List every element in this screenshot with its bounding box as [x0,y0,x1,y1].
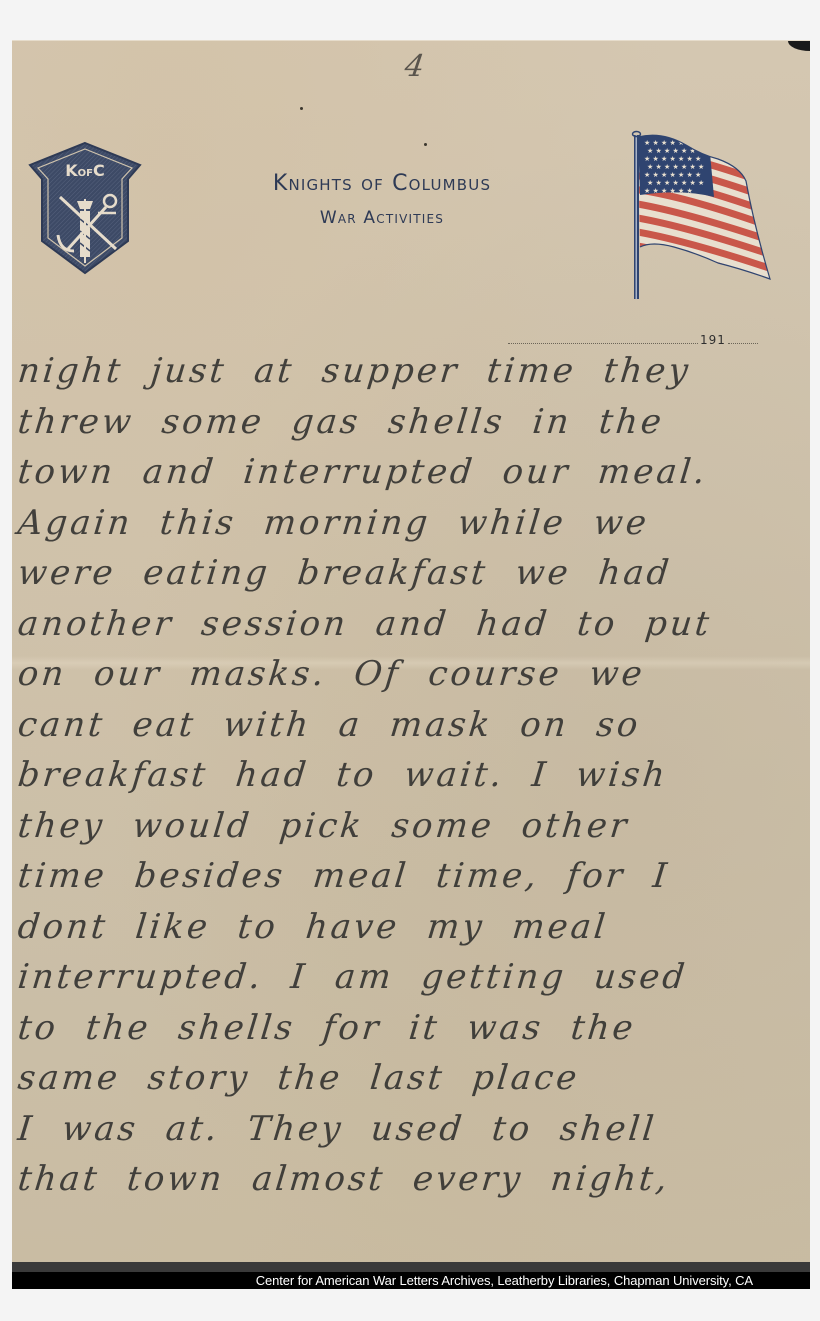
handwritten-line: cant eat with a mask on so [15,700,800,751]
handwritten-line: town and interrupted our meal. [15,447,800,498]
handwritten-line: on our masks. Of course we [15,649,800,700]
handwritten-line: interrupted. I am getting used [15,952,800,1003]
handwritten-line: another session and had to put [15,599,800,650]
handwritten-line: to the shells for it was the [15,1003,800,1054]
organization-subtitle: War Activities [182,208,582,228]
svg-text:★ ★ ★ ★ ★ ★ ★: ★ ★ ★ ★ ★ ★ ★ [647,179,704,187]
handwritten-line: night just at supper time they [15,346,800,397]
handwritten-line: breakfast had to wait. I wish [15,750,800,801]
date-blank [508,343,698,344]
handwritten-line: dont like to have my meal [15,902,800,953]
svg-text:★ ★ ★ ★ ★ ★: ★ ★ ★ ★ ★ ★ [647,147,696,155]
handwritten-line: threw some gas shells in the [15,397,800,448]
scan-edge-shadow [12,1262,810,1272]
letter-scan: 4 KOFC [12,40,810,1289]
kofc-shield-emblem-icon: KOFC [28,141,142,276]
handwritten-line: Again this morning while we [15,498,800,549]
ink-dot [424,143,427,146]
organization-name: Knights of Columbus [182,171,582,196]
page-number: 4 [403,49,427,84]
handwritten-line: I was at. They used to shell [15,1104,800,1155]
ink-dot [300,107,303,110]
handwritten-line: same story the last place [15,1053,800,1104]
svg-text:★ ★ ★ ★ ★ ★ ★: ★ ★ ★ ★ ★ ★ ★ [644,171,701,179]
letter-page: 4 KOFC [12,40,810,1263]
handwritten-line: they would pick some other [15,801,800,852]
svg-text:★ ★ ★ ★ ★ ★: ★ ★ ★ ★ ★ ★ [644,139,693,147]
us-flag-icon: ★ ★ ★ ★ ★ ★ ★ ★ ★ ★ ★ ★ ★ ★ ★ ★ ★ ★ ★ ★ … [622,129,772,299]
date-line: 191 [508,333,768,347]
svg-text:★ ★ ★ ★ ★ ★ ★: ★ ★ ★ ★ ★ ★ ★ [644,155,701,163]
handwritten-line: time besides meal time, for I [15,851,800,902]
handwritten-line: were eating breakfast we had [15,548,800,599]
letter-body: night just at supper time they threw som… [18,346,798,1205]
archive-credit: Center for American War Letters Archives… [12,1272,810,1289]
letterhead: Knights of Columbus War Activities [182,171,582,228]
torn-corner [788,41,810,51]
svg-text:★ ★ ★ ★ ★ ★: ★ ★ ★ ★ ★ ★ [644,187,693,195]
svg-text:★ ★ ★ ★ ★ ★ ★: ★ ★ ★ ★ ★ ★ ★ [647,163,704,171]
handwritten-line: that town almost every night, [15,1154,800,1205]
date-year-blank [728,343,758,344]
date-year-prefix: 191 [700,333,726,347]
